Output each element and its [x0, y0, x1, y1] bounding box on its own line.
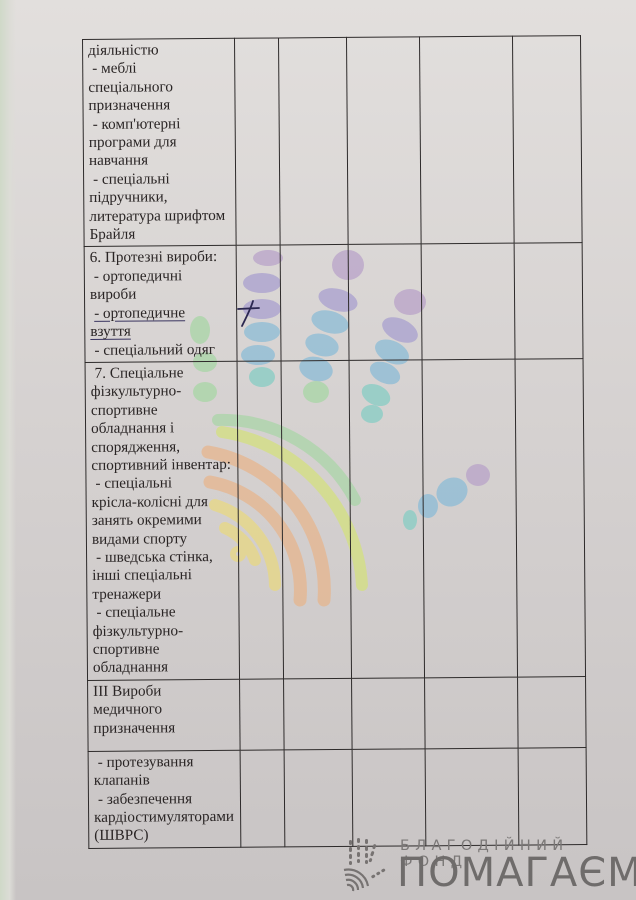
empty-value-cell [348, 244, 422, 360]
empty-value-cell [236, 245, 281, 361]
description-line: - протезування [94, 753, 236, 773]
description-line: - спеціальний одяг [90, 340, 232, 360]
empty-value-cell [421, 244, 515, 360]
empty-value-cell [425, 748, 519, 846]
description-line: призначення [93, 718, 235, 738]
empty-value-cell [352, 678, 426, 750]
description-line: медичного [93, 700, 235, 720]
description-line: III Вироби [93, 682, 235, 702]
description-line: спортивне [93, 640, 235, 660]
empty-value-cell [280, 245, 349, 361]
document-table: діяльністю - мебліспеціальногопризначенн… [82, 35, 587, 849]
empty-value-cell [284, 749, 353, 847]
empty-value-cell [240, 679, 285, 750]
description-line: - спеціальні [89, 170, 231, 190]
organization-name: ПОМАГАЄМ [397, 850, 636, 896]
hand-print-icon [338, 836, 396, 894]
empty-value-cell [237, 361, 283, 679]
empty-value-cell [234, 38, 280, 246]
description-line: 6. Протезні вироби: [90, 248, 232, 268]
item-description-cell: III Виробимедичногопризначення [88, 679, 241, 751]
page-edge-shadow [0, 0, 16, 900]
empty-value-cell [349, 360, 424, 678]
table-row: діяльністю - мебліспеціальногопризначенн… [83, 36, 583, 247]
empty-value-cell [518, 747, 587, 845]
description-line: литература шрифтом [89, 206, 231, 226]
description-line: обладнання [93, 658, 235, 678]
description-line: інші спеціальні [92, 566, 234, 586]
description-line: крісла-колісні для [92, 493, 234, 513]
empty-value-cell [425, 677, 519, 749]
description-line: спортивне [91, 401, 233, 421]
description-line: - комп'ютерні [89, 114, 231, 134]
item-description-cell: 7. Спеціальнефізкультурно-спортивнеоблад… [85, 361, 239, 680]
description-line: тренажери [92, 585, 234, 605]
description-line: - меблі [88, 59, 230, 79]
empty-value-cell [352, 749, 426, 847]
description-line: спорядження, [91, 437, 233, 457]
description-line: програми для [89, 133, 231, 153]
description-line: навчання [89, 151, 231, 171]
empty-value-cell [346, 37, 421, 245]
description-line: спеціального [88, 78, 230, 98]
empty-value-cell [422, 359, 517, 678]
item-description-cell: 6. Протезні вироби: - ортопедичнівироби … [84, 246, 237, 363]
empty-value-cell [284, 678, 353, 750]
item-description-cell: діяльністю - мебліспеціальногопризначенн… [83, 38, 237, 247]
empty-value-cell [240, 750, 285, 847]
description-line: кардіостимуляторами [94, 808, 236, 828]
description-line: - ортопедичне [90, 304, 232, 324]
description-line: занять окремими [92, 511, 234, 531]
description-line: фізкультурно- [93, 621, 235, 641]
description-line: Брайля [89, 225, 231, 245]
table-row: 7. Спеціальнефізкультурно-спортивнеоблад… [85, 358, 585, 680]
description-line: обладнання і [91, 419, 233, 439]
description-line: - шведська стінка, [92, 548, 234, 568]
description-line: діяльністю [88, 41, 230, 61]
empty-value-cell [514, 243, 583, 359]
empty-value-cell [278, 37, 348, 245]
empty-value-cell [419, 36, 514, 244]
description-line: - забезпечення [94, 789, 236, 809]
charity-fund-logo: БЛАГОДІЙНИЙ ФОНД ПОМАГАЄМ [338, 834, 633, 896]
description-line: спортивний інвентар: [91, 456, 233, 476]
description-line: вироби [90, 285, 232, 305]
description-line: 7. Спеціальне [91, 364, 233, 384]
item-description-cell: - протезуванняклапанів - забезпеченнякар… [88, 750, 241, 848]
description-line: клапанів [94, 771, 236, 791]
table-row: III Виробимедичногопризначення [88, 676, 587, 751]
description-line: - спеціальні [91, 474, 233, 494]
description-line: фізкультурно- [91, 382, 233, 402]
description-line: (ШВРС) [94, 826, 236, 846]
empty-value-cell [512, 36, 582, 244]
description-line: - ортопедичні [90, 267, 232, 287]
empty-value-cell [281, 360, 351, 678]
empty-value-cell [518, 676, 587, 748]
description-line: підручники, [89, 188, 231, 208]
empty-value-cell [515, 358, 585, 676]
table-row: 6. Протезні вироби: - ортопедичнівироби … [84, 243, 583, 362]
description-line: призначення [88, 96, 230, 116]
description-line: видами спорту [92, 529, 234, 549]
description-line: взуття [90, 322, 232, 342]
description-line: - спеціальне [92, 603, 234, 623]
